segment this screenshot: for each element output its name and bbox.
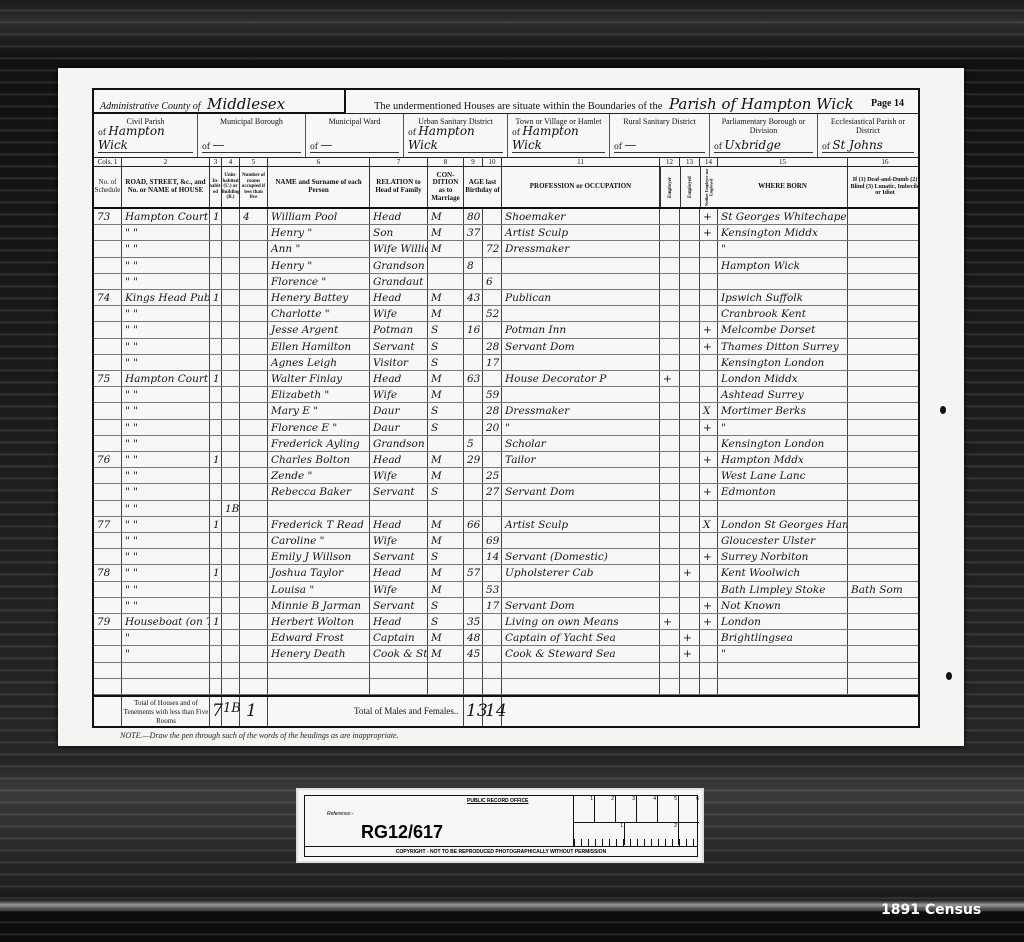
employer-cell — [660, 533, 680, 548]
occupation-cell — [502, 355, 660, 370]
employed-cell — [680, 322, 700, 337]
female-age-cell — [483, 371, 502, 386]
uninhabited-cell — [222, 403, 240, 418]
schedule-cell — [94, 598, 122, 613]
rooms-cell — [240, 306, 268, 321]
table-row: "Edward FrostCaptainM48Captain of Yacht … — [94, 630, 918, 646]
where-born-cell: Brightlingsea — [718, 630, 848, 645]
where-born-cell: West Lane Lanc — [718, 468, 848, 483]
infirmity-cell — [848, 403, 922, 418]
inhabited-cell — [210, 663, 222, 678]
female-age-cell: 28 — [483, 403, 502, 418]
address-cell: " " — [122, 241, 210, 256]
address-cell: " " — [122, 468, 210, 483]
relation-cell: Servant — [370, 484, 428, 499]
rooms-cell — [240, 663, 268, 678]
name-cell: Agnes Leigh — [268, 355, 370, 370]
inhabited-cell — [210, 403, 222, 418]
where-born-cell: St Georges Whitechapel — [718, 209, 848, 224]
table-row: " "Rebecca BakerServantS27Servant Dom+Ed… — [94, 484, 918, 500]
table-row: 78" "1Joshua TaylorHeadM57Upholsterer Ca… — [94, 565, 918, 581]
male-age-cell: 16 — [464, 322, 483, 337]
schedule-cell — [94, 533, 122, 548]
header-occupation: PROFESSION or OCCUPATION — [502, 167, 660, 207]
employed-cell — [680, 290, 700, 305]
neither-cell — [700, 630, 718, 645]
rooms-cell — [240, 533, 268, 548]
schedule-cell — [94, 468, 122, 483]
inhabited-cell: 1 — [210, 290, 222, 305]
infirmity-cell — [848, 501, 922, 516]
neither-cell — [700, 355, 718, 370]
inhabited-cell — [210, 225, 222, 240]
where-born-cell: London — [718, 614, 848, 629]
name-cell: Emily J Willson — [268, 549, 370, 564]
condition-cell: M — [428, 630, 464, 645]
employer-cell — [660, 420, 680, 435]
condition-cell: M — [428, 387, 464, 402]
where-born-cell: Cranbrook Kent — [718, 306, 848, 321]
employed-cell — [680, 598, 700, 613]
inhabited-cell: 1 — [210, 614, 222, 629]
condition-cell: S — [428, 322, 464, 337]
table-row — [94, 663, 918, 679]
schedule-cell — [94, 484, 122, 499]
male-age-cell — [464, 306, 483, 321]
uninhabited-cell — [222, 517, 240, 532]
employed-cell — [680, 484, 700, 499]
neither-cell: + — [700, 322, 718, 337]
neither-cell: + — [700, 225, 718, 240]
occupation-cell: " — [502, 420, 660, 435]
totals-row: Total of Houses and of Tenements with le… — [94, 695, 918, 726]
uninhabited-cell — [222, 549, 240, 564]
inhabited-cell — [210, 598, 222, 613]
male-age-cell — [464, 403, 483, 418]
occupation-cell — [502, 468, 660, 483]
schedule-cell — [94, 241, 122, 256]
census-entries: 73Hampton Court Rd14William PoolHeadM80S… — [94, 209, 918, 695]
punch-hole — [940, 406, 946, 414]
female-age-cell: 69 — [483, 533, 502, 548]
infirmity-cell — [848, 322, 922, 337]
employed-cell — [680, 209, 700, 224]
occupation-cell: Dressmaker — [502, 241, 660, 256]
neither-cell: + — [700, 549, 718, 564]
relation-cell: Head — [370, 517, 428, 532]
condition-cell: S — [428, 403, 464, 418]
address-cell: " " — [122, 533, 210, 548]
female-age-cell — [483, 501, 502, 516]
infirmity-cell — [848, 420, 922, 435]
occupation-cell — [502, 306, 660, 321]
female-age-cell — [483, 452, 502, 467]
header-employer: Employer — [660, 167, 680, 207]
infirmity-cell — [848, 484, 922, 499]
where-born-cell: " — [718, 241, 848, 256]
name-cell: Rebecca Baker — [268, 484, 370, 499]
occupation-cell — [502, 582, 660, 597]
inhabited-cell — [210, 339, 222, 354]
neither-cell — [700, 663, 718, 678]
uninhabited-cell — [222, 582, 240, 597]
header-employed: Employed — [680, 167, 700, 207]
name-cell: Ann " — [268, 241, 370, 256]
table-row: " "Mary E "DaurS28DressmakerXMortimer Be… — [94, 403, 918, 419]
relation-cell: Grandaut — [370, 274, 428, 289]
rooms-cell — [240, 274, 268, 289]
neither-cell — [700, 387, 718, 402]
condition-cell: M — [428, 468, 464, 483]
address-cell: " " — [122, 403, 210, 418]
name-cell: Caroline " — [268, 533, 370, 548]
relation-cell: Captain — [370, 630, 428, 645]
district-municipal-ward: Municipal Ward— — [306, 114, 404, 157]
relation-cell: Head — [370, 209, 428, 224]
schedule-cell: 75 — [94, 371, 122, 386]
condition-cell: M — [428, 517, 464, 532]
address-cell: Kings Head Public House — [122, 290, 210, 305]
rooms-cell — [240, 339, 268, 354]
male-age-cell — [464, 387, 483, 402]
reference-code: RG12/617 — [361, 822, 443, 843]
table-row: "Henery DeathCook & StewardM45Cook & Ste… — [94, 646, 918, 662]
scale-ruler: 1 2 3 4 5 6 1 2 — [573, 796, 699, 847]
where-born-cell: Edmonton — [718, 484, 848, 499]
employed-cell — [680, 614, 700, 629]
census-form: Administrative County of Middlesex The u… — [92, 88, 920, 728]
employed-cell — [680, 501, 700, 516]
male-age-cell — [464, 339, 483, 354]
inhabited-cell: 1 — [210, 517, 222, 532]
schedule-cell: 74 — [94, 290, 122, 305]
header-where-born: WHERE BORN — [718, 167, 848, 207]
employer-cell — [660, 306, 680, 321]
rooms-cell — [240, 371, 268, 386]
where-born-cell: Gloucester Ulster — [718, 533, 848, 548]
relation-cell: Servant — [370, 339, 428, 354]
neither-cell: + — [700, 598, 718, 613]
occupation-cell: Servant Dom — [502, 598, 660, 613]
rooms-cell — [240, 290, 268, 305]
uninhabited-cell — [222, 371, 240, 386]
uninhabited-cell — [222, 290, 240, 305]
occupation-cell: House Decorator P — [502, 371, 660, 386]
where-born-cell: Surrey Norbiton — [718, 549, 848, 564]
female-age-cell — [483, 209, 502, 224]
relation-cell: Head — [370, 371, 428, 386]
name-cell: Joshua Taylor — [268, 565, 370, 580]
schedule-cell — [94, 322, 122, 337]
infirmity-cell — [848, 663, 922, 678]
condition-cell — [428, 679, 464, 694]
schedule-cell — [94, 403, 122, 418]
table-row: " "Henry "Grandson8Hampton Wick — [94, 258, 918, 274]
name-cell — [268, 501, 370, 516]
employed-cell — [680, 258, 700, 273]
name-cell: Frederick T Read — [268, 517, 370, 532]
employer-cell — [660, 355, 680, 370]
header-schedule: No. of Schedule — [94, 167, 122, 207]
occupation-cell: Artist Sculp — [502, 225, 660, 240]
name-cell: Louisa " — [268, 582, 370, 597]
schedule-cell — [94, 225, 122, 240]
employed-cell — [680, 420, 700, 435]
header-name: NAME and Surname of each Person — [268, 167, 370, 207]
infirmity-cell — [848, 517, 922, 532]
employed-cell — [680, 517, 700, 532]
relation-cell: Head — [370, 290, 428, 305]
relation-cell: Potman — [370, 322, 428, 337]
where-born-cell: London Middx — [718, 371, 848, 386]
uninhabited-cell — [222, 209, 240, 224]
relation-cell: Wife — [370, 387, 428, 402]
male-age-cell — [464, 679, 483, 694]
female-age-cell — [483, 646, 502, 661]
condition-cell: M — [428, 241, 464, 256]
neither-cell: + — [700, 339, 718, 354]
employed-cell — [680, 225, 700, 240]
total-females: 14 — [485, 701, 507, 721]
rooms-cell: 4 — [240, 209, 268, 224]
male-age-cell: 43 — [464, 290, 483, 305]
neither-cell — [700, 258, 718, 273]
occupation-cell: Cook & Steward Sea — [502, 646, 660, 661]
employed-cell: + — [680, 565, 700, 580]
table-row: " "Frederick AylingGrandson5ScholarKensi… — [94, 436, 918, 452]
rooms-cell — [240, 679, 268, 694]
occupation-cell — [502, 663, 660, 678]
female-age-cell — [483, 565, 502, 580]
infirmity-cell — [848, 614, 922, 629]
schedule-cell — [94, 582, 122, 597]
address-cell: " " — [122, 582, 210, 597]
schedule-cell — [94, 387, 122, 402]
occupation-cell: Living on own Means — [502, 614, 660, 629]
schedule-cell — [94, 274, 122, 289]
table-row: 79Houseboat (on Thames)1Herbert WoltonHe… — [94, 614, 918, 630]
female-age-cell — [483, 517, 502, 532]
schedule-cell — [94, 630, 122, 645]
uninhabited-cell — [222, 322, 240, 337]
male-age-cell — [464, 533, 483, 548]
infirmity-cell — [848, 258, 922, 273]
table-row: " "Henry "SonM37Artist Sculp+Kensington … — [94, 225, 918, 241]
name-cell: Walter Finlay — [268, 371, 370, 386]
neither-cell — [700, 646, 718, 661]
header-infirmity: If (1) Deaf-and-Dumb (2) Blind (3) Lunat… — [848, 167, 922, 207]
female-age-cell: 17 — [483, 598, 502, 613]
inhabited-cell — [210, 533, 222, 548]
table-row: " "Jesse ArgentPotmanS16Potman Inn+Melco… — [94, 322, 918, 338]
infirmity-cell — [848, 241, 922, 256]
rooms-cell — [240, 646, 268, 661]
relation-cell: Head — [370, 565, 428, 580]
employer-cell — [660, 501, 680, 516]
schedule-cell: 76 — [94, 452, 122, 467]
relation-cell: Wife William — [370, 241, 428, 256]
employer-cell — [660, 517, 680, 532]
female-age-cell — [483, 614, 502, 629]
header-address: ROAD, STREET, &c., and No. or NAME of HO… — [122, 167, 210, 207]
name-cell: Herbert Wolton — [268, 614, 370, 629]
male-age-cell: 8 — [464, 258, 483, 273]
name-cell: Jesse Argent — [268, 322, 370, 337]
where-born-cell: Thames Ditton Surrey — [718, 339, 848, 354]
inhabited-cell — [210, 274, 222, 289]
female-age-cell — [483, 630, 502, 645]
infirmity-cell — [848, 306, 922, 321]
condition-cell: M — [428, 582, 464, 597]
condition-cell: S — [428, 598, 464, 613]
district-ecclesiastical: Ecclesiastical Parish or DistrictSt John… — [818, 114, 918, 157]
uninhabited-cell — [222, 484, 240, 499]
infirmity-cell — [848, 468, 922, 483]
name-cell — [268, 663, 370, 678]
name-cell: Henery Battey — [268, 290, 370, 305]
male-age-cell — [464, 663, 483, 678]
inhabited-cell — [210, 549, 222, 564]
infirmity-cell — [848, 436, 922, 451]
condition-cell: M — [428, 452, 464, 467]
employer-cell — [660, 322, 680, 337]
condition-cell: M — [428, 533, 464, 548]
header-condition: CON-DITION as to Marriage — [428, 167, 464, 207]
rooms-cell — [240, 452, 268, 467]
punch-hole — [946, 672, 952, 680]
occupation-cell: Tailor — [502, 452, 660, 467]
where-born-cell: Ashtead Surrey — [718, 387, 848, 402]
condition-cell: S — [428, 549, 464, 564]
employed-cell — [680, 679, 700, 694]
relation-cell: Wife — [370, 582, 428, 597]
neither-cell: + — [700, 420, 718, 435]
female-age-cell: 59 — [483, 387, 502, 402]
header-age: AGE last Birthday of — [464, 167, 502, 207]
infirmity-cell — [848, 209, 922, 224]
name-cell: Ellen Hamilton — [268, 339, 370, 354]
total-uninhabited: 1B — [223, 701, 241, 716]
schedule-cell: 73 — [94, 209, 122, 224]
inhabited-cell: 1 — [210, 371, 222, 386]
name-cell: Florence E " — [268, 420, 370, 435]
infirmity-cell — [848, 371, 922, 386]
rooms-cell — [240, 582, 268, 597]
infirmity-cell — [848, 339, 922, 354]
uninhabited-cell — [222, 533, 240, 548]
relation-cell: Servant — [370, 549, 428, 564]
employer-cell — [660, 209, 680, 224]
address-cell: " " — [122, 274, 210, 289]
district-rural-sanitary: Rural Sanitary District— — [610, 114, 710, 157]
address-cell: Houseboat (on Thames) — [122, 614, 210, 629]
employer-cell — [660, 582, 680, 597]
female-age-cell: 20 — [483, 420, 502, 435]
where-born-cell: Hampton Mddx — [718, 452, 848, 467]
rooms-cell — [240, 258, 268, 273]
female-age-cell: 27 — [483, 484, 502, 499]
column-numbers: Cols. 1 2 3 4 5 6 7 8 9 10 11 12 13 14 1… — [94, 158, 918, 167]
condition-cell: M — [428, 565, 464, 580]
employed-cell — [680, 468, 700, 483]
employer-cell — [660, 258, 680, 273]
inhabited-cell — [210, 501, 222, 516]
employed-cell — [680, 371, 700, 386]
neither-cell: X — [700, 403, 718, 418]
infirmity-cell — [848, 274, 922, 289]
employer-cell: + — [660, 614, 680, 629]
uninhabited-cell — [222, 452, 240, 467]
table-row: 73Hampton Court Rd14William PoolHeadM80S… — [94, 209, 918, 225]
male-age-cell — [464, 241, 483, 256]
infirmity-cell — [848, 549, 922, 564]
where-born-cell: Hampton Wick — [718, 258, 848, 273]
condition-cell: M — [428, 290, 464, 305]
occupation-cell: Servant Dom — [502, 484, 660, 499]
employer-cell — [660, 646, 680, 661]
schedule-cell: 78 — [94, 565, 122, 580]
female-age-cell: 72 — [483, 241, 502, 256]
where-born-cell: Mortimer Berks — [718, 403, 848, 418]
employer-cell — [660, 663, 680, 678]
employer-cell — [660, 436, 680, 451]
occupation-cell: Potman Inn — [502, 322, 660, 337]
address-cell: " " — [122, 598, 210, 613]
female-age-cell — [483, 322, 502, 337]
male-age-cell: 57 — [464, 565, 483, 580]
infirmity-cell — [848, 387, 922, 402]
infirmity-cell — [848, 679, 922, 694]
employed-cell — [680, 339, 700, 354]
name-cell: Mary E " — [268, 403, 370, 418]
occupation-cell: Upholsterer Cab — [502, 565, 660, 580]
rooms-cell — [240, 501, 268, 516]
rooms-cell — [240, 630, 268, 645]
schedule-cell — [94, 501, 122, 516]
table-row: " "Louisa "WifeM53Bath Limpley StokeBath… — [94, 582, 918, 598]
neither-cell: X — [700, 517, 718, 532]
neither-cell — [700, 306, 718, 321]
page-number: Page 14 — [871, 98, 904, 109]
female-age-cell — [483, 436, 502, 451]
male-age-cell: 35 — [464, 614, 483, 629]
relation-cell: Daur — [370, 420, 428, 435]
neither-cell: + — [700, 452, 718, 467]
schedule-cell — [94, 339, 122, 354]
schedule-cell — [94, 355, 122, 370]
neither-cell — [700, 533, 718, 548]
table-row: " "Minnie B JarmanServantS17Servant Dom+… — [94, 598, 918, 614]
female-age-cell: 6 — [483, 274, 502, 289]
occupation-cell — [502, 274, 660, 289]
condition-cell: M — [428, 646, 464, 661]
neither-cell — [700, 274, 718, 289]
record-office: PUBLIC RECORD OFFICE — [467, 798, 528, 804]
employer-cell — [660, 452, 680, 467]
schedule-cell — [94, 679, 122, 694]
address-cell: " — [122, 646, 210, 661]
employed-cell — [680, 663, 700, 678]
name-cell: Minnie B Jarman — [268, 598, 370, 613]
condition-cell: S — [428, 420, 464, 435]
condition-cell: S — [428, 355, 464, 370]
address-cell: " " — [122, 501, 210, 516]
male-age-cell — [464, 582, 483, 597]
total-rooms: 1 — [246, 701, 257, 721]
uninhabited-cell — [222, 468, 240, 483]
neither-cell: + — [700, 484, 718, 499]
infirmity-cell — [848, 355, 922, 370]
